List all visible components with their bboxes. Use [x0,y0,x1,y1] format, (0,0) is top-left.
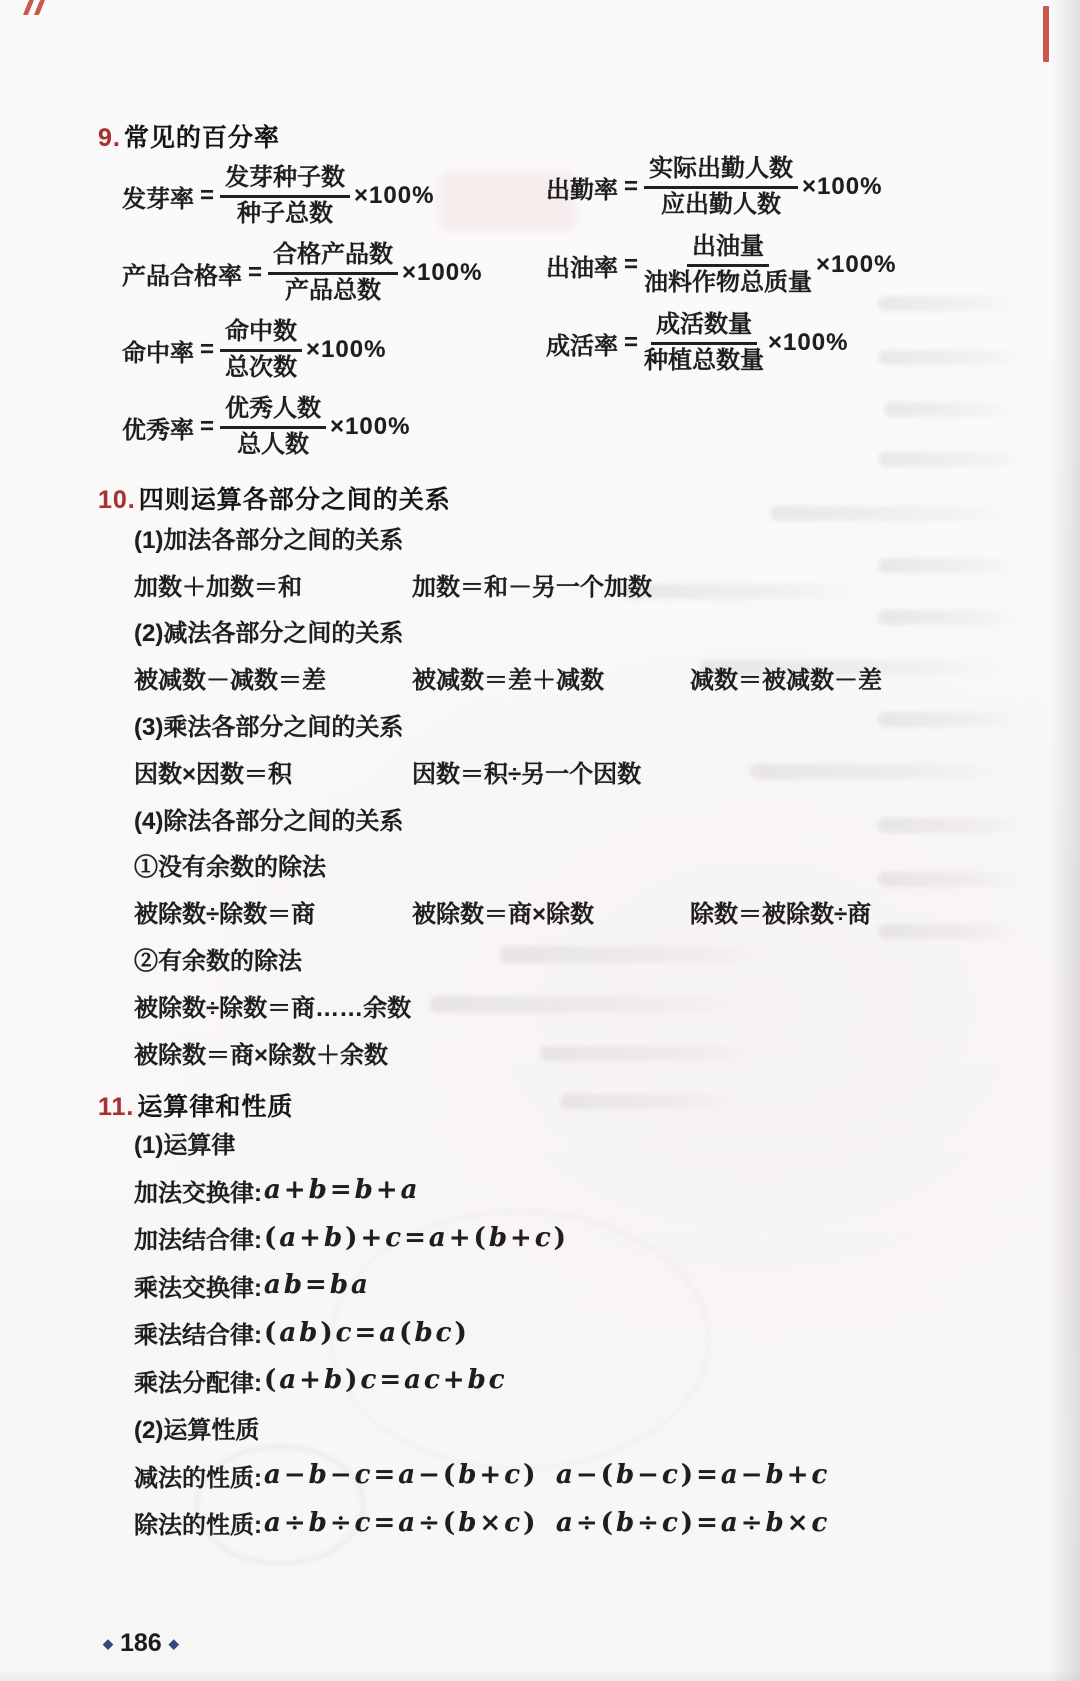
formula-germination-rate: 发芽率 = 发芽种子数 种子总数 ×100% [122,162,482,230]
law-multiplication-distributive: 乘法分配律: (a+b)c=ac+bc [98,1357,1048,1405]
law-expression: a+b=b+a [264,1175,420,1205]
relation-row-addition: 加数＋加数＝和 加数＝和－另一个加数 [98,561,1048,608]
denominator: 种植总数量 [644,345,764,375]
subheading-text: (2)减法各部分之间的关系 [134,613,403,648]
ghost-text [878,296,1018,311]
denominator: 总次数 [225,352,297,382]
rate-name: 成活率 [546,326,618,361]
denominator: 种子总数 [237,198,333,228]
diamond-ornament: ◆ [169,1637,179,1650]
red-corner-mark-left [24,0,50,20]
relation-row-remainder-1: 被除数÷除数＝商……余数 [98,982,1048,1029]
denominator: 产品总数 [285,275,381,305]
law-label: 加法交换律: [134,1173,262,1208]
section-11-number: 11. [98,1093,134,1121]
section-11-title: 运算律和性质 [137,1093,293,1121]
property-expression: a÷b÷c=a÷(b×c) [264,1508,538,1538]
equals-sign: = [624,329,638,357]
property-label: 减法的性质: [134,1458,262,1493]
page-number: 186 [120,1629,162,1658]
law-expression: (a+b)+c=a+(b+c) [264,1223,569,1253]
property-subtraction: 减法的性质: a−b−c=a−(b+c) a−(b−c)=a−b+c [98,1452,1048,1500]
fraction: 成活数量 种植总数量 [644,312,764,375]
relation-formula: 被除数÷除数＝商……余数 [134,988,411,1023]
times-100-percent: ×100% [802,173,882,201]
rate-name: 产品合格率 [122,256,242,291]
equals-sign: = [200,413,214,441]
subheading-text: ①没有余数的除法 [134,847,326,882]
textbook-page: 9.常见的百分率 发芽率 = 发芽种子数 种子总数 ×100% 产品合格率 = … [0,0,1080,1681]
times-100-percent: ×100% [402,259,482,287]
section-9-number: 9. [98,124,121,152]
formula-hit-rate: 命中率 = 命中数 总次数 ×100% [122,316,482,384]
formula-excellence-rate: 优秀率 = 优秀人数 总人数 ×100% [122,393,482,461]
equals-sign: = [624,251,638,279]
fraction: 合格产品数 产品总数 [268,242,398,305]
equals-sign: = [248,259,262,287]
percentage-formulas-right-column: 出勤率 = 实际出勤人数 应出勤人数 ×100% 出油率 = 出油量 油料作物总… [546,153,896,377]
subheading-text: (4)除法各部分之间的关系 [134,801,403,836]
rate-name: 出油率 [546,248,618,283]
subheading-addition-relations: (1)加法各部分之间的关系 [98,514,1048,561]
ghost-text [878,350,1028,365]
relation-row-subtraction: 被减数－减数＝差 被减数＝差＋减数 减数＝被减数－差 [98,654,1048,701]
relation-row-division: 被除数÷除数＝商 被除数＝商×除数 除数＝被除数÷商 [98,888,1048,935]
numerator: 合格产品数 [268,242,398,275]
subheading-subtraction-relations: (2)减法各部分之间的关系 [98,608,1048,655]
property-division: 除法的性质: a÷b÷c=a÷(b×c) a÷(b÷c)=a÷b×c [98,1499,1048,1547]
relation-formula: 被减数＝差＋减数 [412,660,690,695]
operation-laws-and-properties: (1)运算律 加法交换律: a+b=b+a 加法结合律: (a+b)+c=a+(… [98,1119,1048,1547]
relation-row-multiplication: 因数×因数＝积 因数＝积÷另一个因数 [98,748,1048,795]
relation-formula: 因数＝积÷另一个因数 [412,754,641,789]
subheading-text: (3)乘法各部分之间的关系 [134,707,403,742]
relation-formula: 除数＝被除数÷商 [690,894,871,929]
fraction: 实际出勤人数 应出勤人数 [644,156,798,219]
rate-name: 优秀率 [122,410,194,445]
equals-sign: = [624,173,638,201]
subheading-operation-laws: (1)运算律 [98,1119,1048,1167]
relation-formula: 因数×因数＝积 [134,754,412,789]
subheading-text: (2)运算性质 [134,1410,259,1445]
percentage-formulas-left-column: 发芽率 = 发芽种子数 种子总数 ×100% 产品合格率 = 合格产品数 产品总… [122,162,482,461]
rate-name: 命中率 [122,333,194,368]
section-10-number: 10. [98,486,136,514]
page-bottom-shadow [0,1669,1080,1681]
subheading-text: ②有余数的除法 [134,941,302,976]
relation-formula: 被除数÷除数＝商 [134,894,412,929]
fraction: 发芽种子数 种子总数 [220,165,350,228]
law-multiplication-commutative: 乘法交换律: ab=ba [98,1262,1048,1310]
subheading-division-with-remainder: ②有余数的除法 [98,935,1048,982]
law-label: 乘法交换律: [134,1268,262,1303]
relation-formula: 被除数＝商×除数 [412,894,690,929]
relation-formula: 加数＝和－另一个加数 [412,567,652,602]
page-edge-shadow [1050,0,1080,1681]
denominator: 总人数 [237,429,309,459]
fraction: 优秀人数 总人数 [220,396,326,459]
section-11-heading: 11.运算律和性质 [98,1087,293,1123]
subheading-multiplication-relations: (3)乘法各部分之间的关系 [98,701,1048,748]
section-10-title: 四则运算各部分之间的关系 [139,486,451,514]
law-label: 乘法分配律: [134,1363,262,1398]
equals-sign: = [200,182,214,210]
ghost-text [884,402,1014,417]
numerator: 出油量 [687,234,769,267]
times-100-percent: ×100% [768,329,848,357]
law-addition-associative: 加法结合律: (a+b)+c=a+(b+c) [98,1214,1048,1262]
four-operations-relations: (1)加法各部分之间的关系 加数＋加数＝和 加数＝和－另一个加数 (2)减法各部… [98,514,1048,1076]
relation-row-remainder-2: 被除数＝商×除数＋余数 [98,1029,1048,1076]
property-label: 除法的性质: [134,1505,262,1540]
law-multiplication-associative: 乘法结合律: (ab)c=a(bc) [98,1309,1048,1357]
section-9-title: 常见的百分率 [124,124,280,152]
law-expression: (ab)c=a(bc) [264,1318,470,1348]
subheading-division-no-remainder: ①没有余数的除法 [98,842,1048,889]
fraction: 命中数 总次数 [220,319,302,382]
ghost-text [560,1094,735,1109]
times-100-percent: ×100% [816,251,896,279]
relation-formula: 被减数－减数＝差 [134,660,412,695]
ghost-text [878,452,1028,467]
section-9-heading: 9.常见的百分率 [98,118,280,154]
subheading-text: (1)加法各部分之间的关系 [134,520,403,555]
fraction: 出油量 油料作物总质量 [644,234,812,297]
denominator: 应出勤人数 [661,189,781,219]
numerator: 成活数量 [651,312,757,345]
times-100-percent: ×100% [330,413,410,441]
relation-formula: 加数＋加数＝和 [134,567,412,602]
law-label: 加法结合律: [134,1220,262,1255]
law-addition-commutative: 加法交换律: a+b=b+a [98,1167,1048,1215]
rate-name: 出勤率 [546,170,618,205]
equals-sign: = [200,336,214,364]
subheading-text: (1)运算律 [134,1125,235,1160]
page-footer: ◆ 186 ◆ [103,1629,179,1658]
section-10-heading: 10.四则运算各部分之间的关系 [98,480,451,516]
law-expression: (a+b)c=ac+bc [264,1365,508,1395]
times-100-percent: ×100% [354,182,434,210]
rate-name: 发芽率 [122,179,194,214]
formula-oil-yield-rate: 出油率 = 出油量 油料作物总质量 ×100% [546,231,896,299]
subheading-operation-properties: (2)运算性质 [98,1404,1048,1452]
property-expression-2: a÷(b÷c)=a÷b×c [556,1508,830,1538]
property-expression: a−b−c=a−(b+c) [264,1460,538,1490]
subheading-division-relations: (4)除法各部分之间的关系 [98,795,1048,842]
relation-formula: 被除数＝商×除数＋余数 [134,1035,388,1070]
formula-survival-rate: 成活率 = 成活数量 种植总数量 ×100% [546,309,896,377]
law-expression: ab=ba [264,1270,371,1300]
numerator: 发芽种子数 [220,165,350,198]
relation-formula: 减数＝被减数－差 [690,660,882,695]
numerator: 优秀人数 [220,396,326,429]
red-corner-mark-right [1043,6,1049,62]
diamond-ornament: ◆ [103,1637,113,1650]
formula-product-pass-rate: 产品合格率 = 合格产品数 产品总数 ×100% [122,239,482,307]
property-expression-2: a−(b−c)=a−b+c [556,1460,830,1490]
times-100-percent: ×100% [306,336,386,364]
law-label: 乘法结合律: [134,1315,262,1350]
denominator: 油料作物总质量 [644,267,812,297]
numerator: 命中数 [220,319,302,352]
formula-attendance-rate: 出勤率 = 实际出勤人数 应出勤人数 ×100% [546,153,896,221]
numerator: 实际出勤人数 [644,156,798,189]
